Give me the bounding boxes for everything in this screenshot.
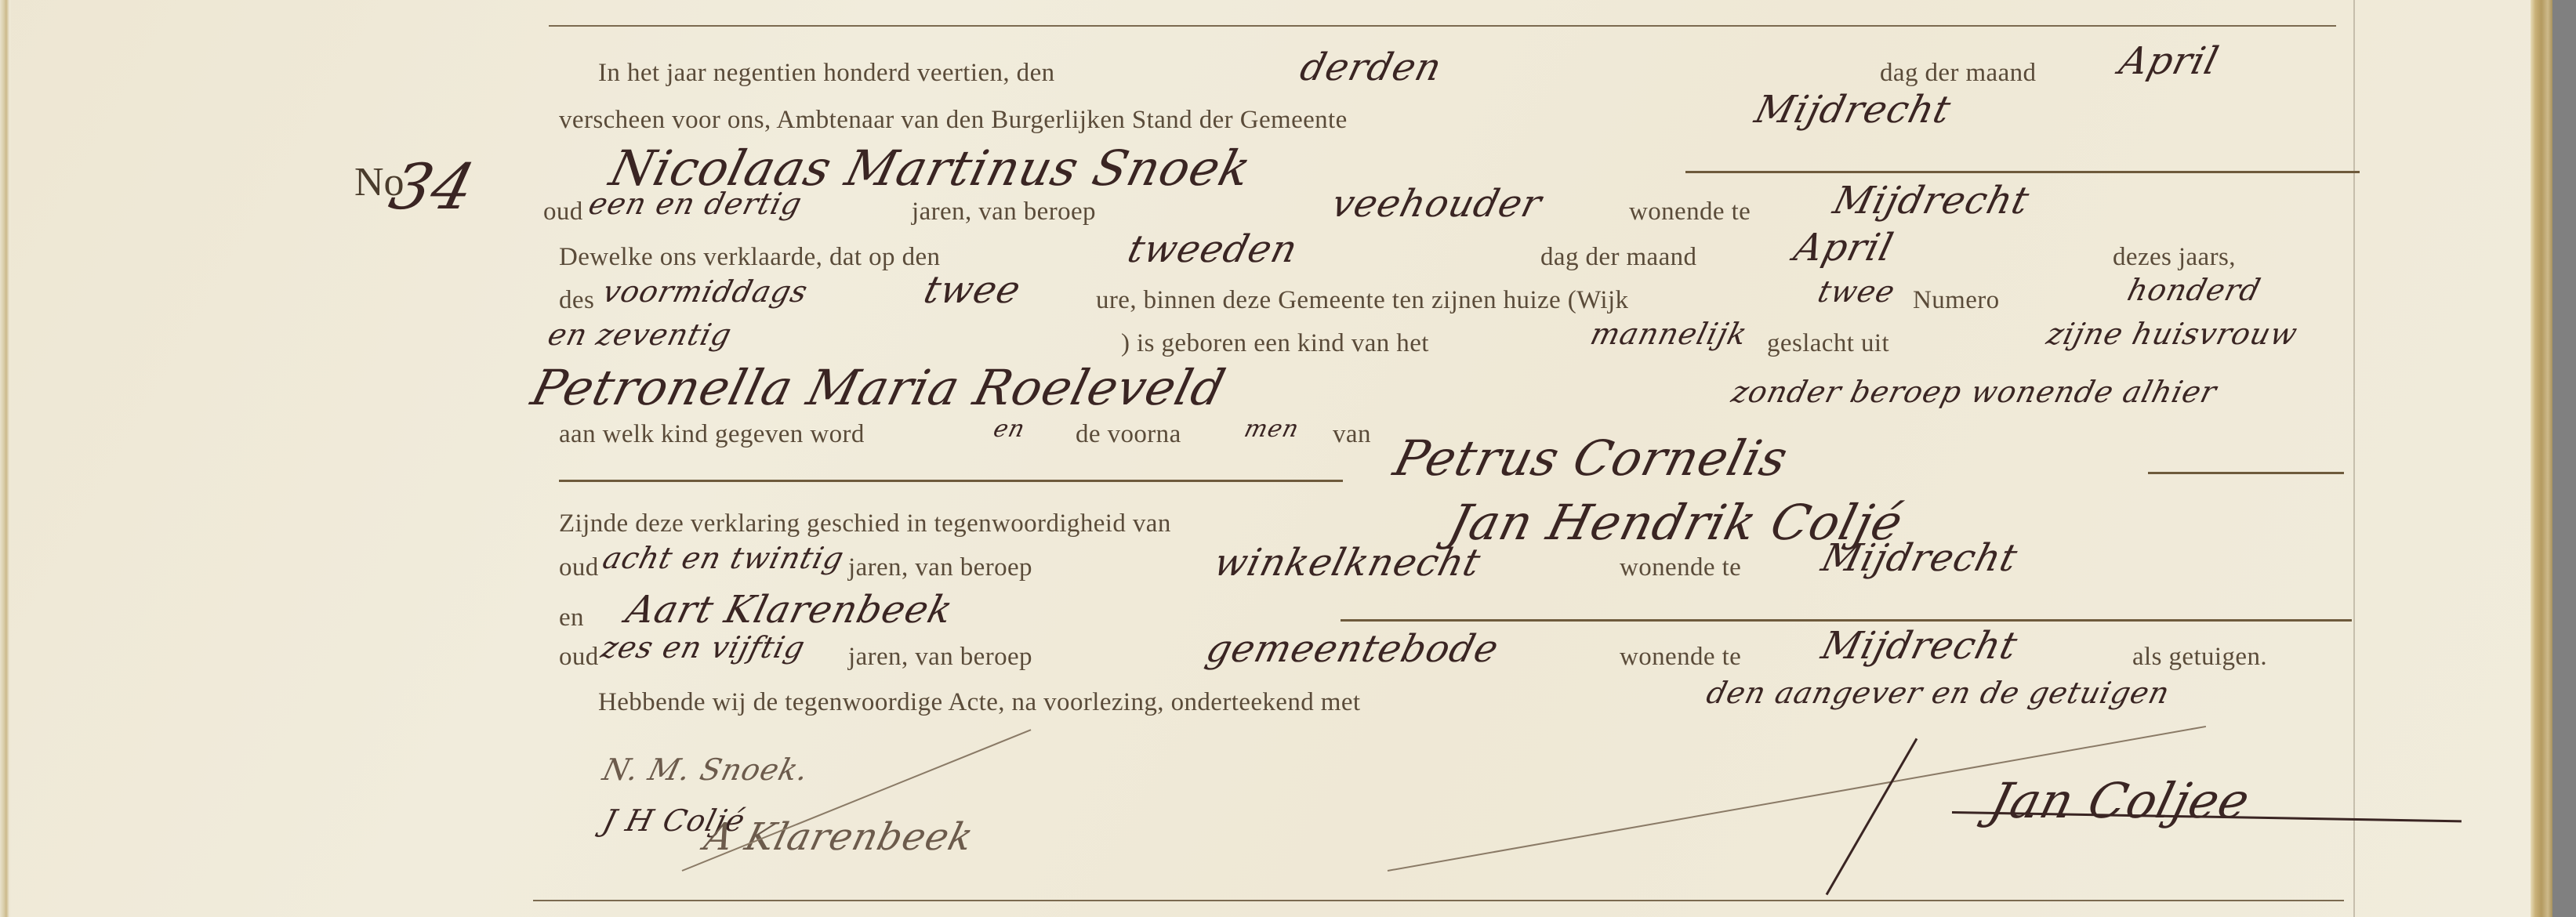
time-of-day: voormiddags bbox=[600, 274, 812, 309]
day-declared: derden bbox=[1296, 45, 1446, 89]
birth-month: April bbox=[1790, 226, 1898, 270]
print-line4-c: wonende te bbox=[1629, 198, 1751, 227]
section-divider bbox=[559, 480, 1343, 482]
witness2-age: zes en vijftig bbox=[598, 630, 809, 665]
child-names: Petrus Cornelis bbox=[1388, 430, 1794, 487]
previous-entry-rule bbox=[549, 25, 2336, 27]
page-right-edge bbox=[2531, 0, 2552, 917]
entry-number: 34 bbox=[383, 150, 482, 223]
month-declared: April bbox=[2115, 39, 2223, 83]
print-line5-a: Dewelke ons verklaarde, dat op den bbox=[559, 243, 940, 272]
print-line6-c: Numero bbox=[1913, 286, 2000, 315]
witness1-age: acht en twintig bbox=[600, 541, 848, 575]
sex: mannelijk bbox=[1587, 317, 1751, 351]
entry-bottom-rule bbox=[533, 900, 2344, 901]
witness1-occupation: winkelknecht bbox=[1210, 541, 1486, 585]
print-line1-b: dag der maand bbox=[1880, 59, 2036, 88]
witness2-residence: Mijdrecht bbox=[1817, 624, 2023, 668]
print-line7-a: ) is geboren een kind van het bbox=[1121, 329, 1429, 358]
from-relation: zijne huisvrouw bbox=[2044, 317, 2302, 351]
house-number-2: en zeventig bbox=[545, 317, 736, 352]
print-line12-a: en bbox=[559, 603, 584, 632]
print-line5-b: dag der maand bbox=[1540, 243, 1696, 272]
witness2-occupation: gemeentebode bbox=[1202, 627, 1504, 671]
hour: twee bbox=[920, 268, 1025, 312]
print-line1-a: In het jaar negentien honderd veertien, … bbox=[598, 59, 1055, 88]
mother-details: zonder beroep wonende alhier bbox=[1729, 375, 2221, 409]
mother-name: Petronella Maria Roeleveld bbox=[526, 359, 1232, 416]
signature-witness2: A Klarenbeek bbox=[700, 815, 978, 859]
print-line4-b: jaren, van beroep bbox=[912, 198, 1096, 227]
signature-official-descender bbox=[1826, 738, 1918, 896]
previous-entry-fragment: ~ bbox=[827, 0, 862, 13]
print-line13-a: oud bbox=[559, 643, 599, 672]
page-left-edge bbox=[0, 0, 11, 917]
print-line9-a: aan welk kind gegeven word bbox=[559, 420, 865, 449]
print-line4-a: oud bbox=[543, 198, 583, 227]
print-line11-b: jaren, van beroep bbox=[848, 553, 1032, 582]
witness2-underline bbox=[1341, 619, 2352, 622]
print-line13-d: als getuigen. bbox=[2132, 643, 2267, 672]
signature-official: Jan Coljee bbox=[1984, 772, 2256, 829]
register-page: ~ No 34 In het jaar negentien honderd ve… bbox=[0, 0, 2531, 917]
print-line11-c: wonende te bbox=[1620, 553, 1741, 582]
print-line6-b: ure, binnen deze Gemeente ten zijnen hui… bbox=[1096, 286, 1628, 315]
declarant-occupation: veehouder bbox=[1327, 182, 1547, 226]
voornamen-suffix: men bbox=[1242, 415, 1302, 443]
print-line11-a: oud bbox=[559, 553, 599, 582]
print-line5-c: dezes jaars, bbox=[2113, 243, 2236, 272]
house-number-1: honderd bbox=[2124, 273, 2265, 307]
wijk: twee bbox=[1815, 274, 1899, 309]
municipality: Mijdrecht bbox=[1751, 88, 1956, 132]
word-suffix: en bbox=[991, 415, 1029, 443]
declarant-age: een en dertig bbox=[586, 187, 806, 221]
witness2-name: Aart Klarenbeek bbox=[622, 588, 957, 632]
print-line10: Zijnde deze verklaring geschied in tegen… bbox=[559, 509, 1171, 538]
print-line9-b: de voorna bbox=[1076, 420, 1181, 449]
print-line9-c: van bbox=[1333, 420, 1371, 449]
margin-rule bbox=[2353, 0, 2355, 917]
child-names-underline-right bbox=[2148, 472, 2344, 474]
print-line14: Hebbende wij de tegenwoordige Acte, na v… bbox=[598, 688, 1360, 717]
signed-with: den aangever en de getuigen bbox=[1703, 676, 2174, 710]
declarant-residence: Mijdrecht bbox=[1829, 179, 2034, 223]
print-line7-b: geslacht uit bbox=[1767, 329, 1889, 358]
print-line13-c: wonende te bbox=[1620, 643, 1741, 672]
print-line2: verscheen voor ons, Ambtenaar van den Bu… bbox=[559, 106, 1348, 135]
birth-day: tweeden bbox=[1123, 227, 1302, 271]
name-underline bbox=[1685, 171, 2360, 173]
print-line6-a: des bbox=[559, 286, 594, 315]
print-line13-b: jaren, van beroep bbox=[848, 643, 1032, 672]
witness1-residence: Mijdrecht bbox=[1817, 536, 2023, 580]
signature-declarant: N. M. Snoek. bbox=[600, 752, 813, 787]
